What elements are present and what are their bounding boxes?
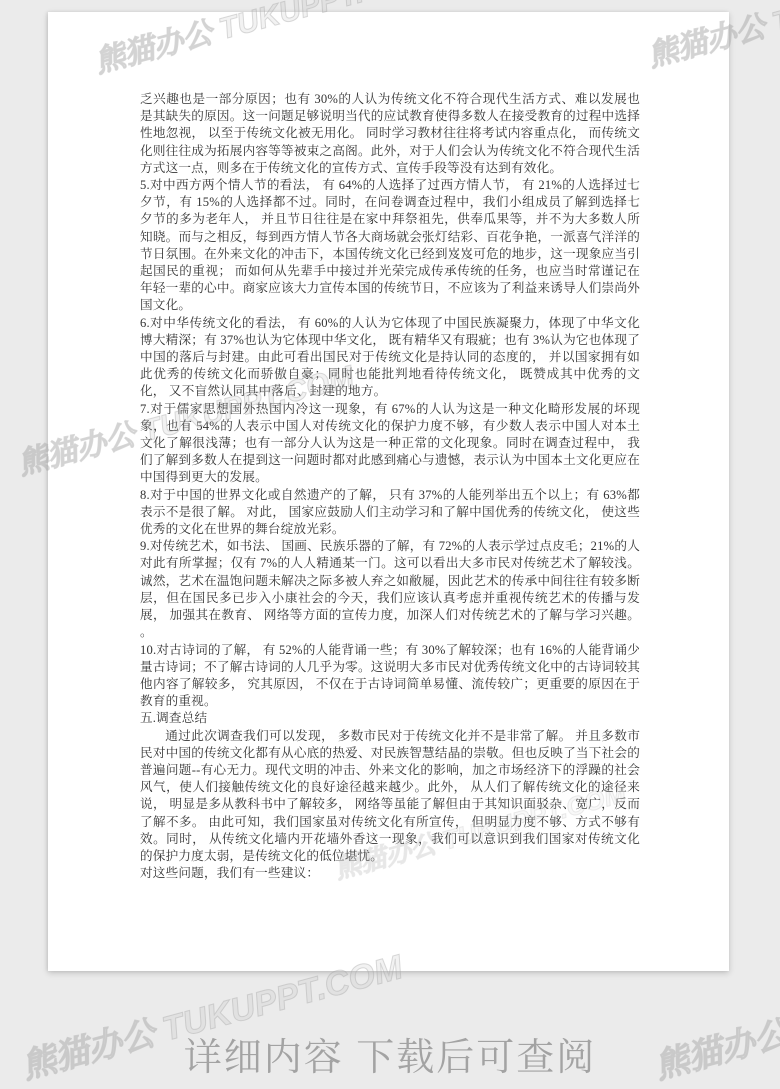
paragraph-item-7: 7.对于儒家思想国外热国内冷这一现象，有 67%的人认为这是一种文化畸形发展的坏… xyxy=(140,401,640,487)
paragraph-intro-continuation: 乏兴趣也是一部分原因；也有 30%的人认为传统文化不符合现代生活方式、难以发展也… xyxy=(140,91,640,177)
download-hint: 详细内容 下载后可查阅 xyxy=(0,1026,780,1081)
document-preview: 乏兴趣也是一部分原因；也有 30%的人认为传统文化不符合现代生活方式、难以发展也… xyxy=(0,0,780,1089)
document-page: 乏兴趣也是一部分原因；也有 30%的人认为传统文化不符合现代生活方式、难以发展也… xyxy=(48,12,729,971)
paragraph-item-8: 8.对于中国的世界文化或自然遗产的了解， 只有 37%的人能列举出五个以上；有 … xyxy=(140,487,640,539)
paragraph-item-10: 10.对古诗词的了解， 有 52%的人能背诵一些；有 30%了解较深；也有 16… xyxy=(140,642,640,711)
paragraph-item-9: 9.对传统艺术，如书法、 国画、民族乐器的了解，有 72%的人表示学过点皮毛；2… xyxy=(140,538,640,641)
section-heading: 五.调查总结 xyxy=(140,710,640,727)
summary-paragraph: 通过此次调查我们可以发现， 多数市民对于传统文化并不是非常了解。 并且多数市民对… xyxy=(140,728,640,866)
closing-line: 对这些问题，我们有一些建议： xyxy=(140,865,640,882)
paragraph-item-5: 5.对中西方两个情人节的看法， 有 64%的人选择了过西方情人节， 有 21%的… xyxy=(140,177,640,315)
paragraph-item-6: 6.对中华传统文化的看法， 有 60%的人认为它体现了中国民族凝聚力，体现了中华… xyxy=(140,315,640,401)
document-content: 乏兴趣也是一部分原因；也有 30%的人认为传统文化不符合现代生活方式、难以发展也… xyxy=(140,91,640,882)
